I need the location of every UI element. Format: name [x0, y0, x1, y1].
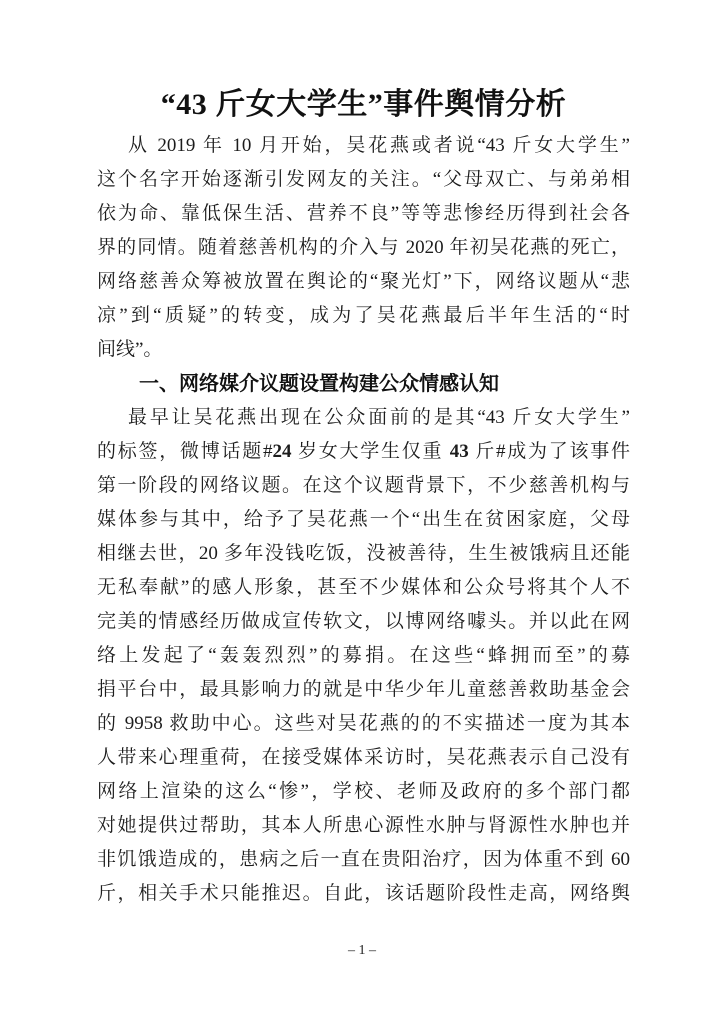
- text-line: 无私奉献”的感人形象，甚至不少媒体和公众号将其个人不: [97, 571, 630, 605]
- text-line: 依为命、靠低保生活、营养不良”等等悲惨经历得到社会各: [97, 197, 630, 231]
- text-line: 相继去世，20 多年没钱吃饭，没被善待，生生被饿病且还能: [97, 537, 630, 571]
- text: 的标签，微博话题#: [97, 441, 273, 462]
- text: 斤#成为了该事件: [469, 441, 630, 462]
- text-line: 非饥饿造成的，患病之后一直在贵阳治疗，因为体重不到 60: [97, 843, 630, 877]
- bold-text: 43: [450, 441, 469, 462]
- bold-text: 24: [273, 441, 292, 462]
- text-line: 最早让吴花燕出现在公众面前的是其“43 斤女大学生”: [97, 401, 630, 435]
- text-line: 的 9958 救助中心。这些对吴花燕的的不实描述一度为其本: [97, 707, 630, 741]
- text-line: 的标签，微博话题#24 岁女大学生仅重 43 斤#成为了该事件: [97, 435, 630, 469]
- text-line: 络上发起了“轰轰烈烈”的募捐。在这些“蜂拥而至”的募: [97, 639, 630, 673]
- text-line: 完美的情感经历做成宣传软文，以博网络噱头。并以此在网: [97, 605, 630, 639]
- text-line: 媒体参与其中，给予了吴花燕一个“出生在贫困家庭，父母: [97, 503, 630, 537]
- text-line: 斤，相关手术只能推迟。自此，该话题阶段性走高，网络舆: [97, 877, 630, 911]
- document-title: “43 斤女大学生”事件舆情分析: [97, 86, 630, 129]
- text-line: 第一阶段的网络议题。在这个议题背景下，不少慈善机构与: [97, 469, 630, 503]
- text-line: 网络慈善众筹被放置在舆论的“聚光灯”下，网络议题从“悲: [97, 265, 630, 299]
- text-line: 间线”。: [97, 333, 630, 367]
- text-line: 网络上渲染的这么“惨”，学校、老师及政府的多个部门都: [97, 775, 630, 809]
- text-line: 人带来心理重荷，在接受媒体采访时，吴花燕表示自己没有: [97, 741, 630, 775]
- text-line: 从 2019 年 10 月开始，吴花燕或者说“43 斤女大学生”: [97, 129, 630, 163]
- section-heading: 一、网络媒介议题设置构建公众情感认知: [97, 367, 630, 401]
- document-body: 从 2019 年 10 月开始，吴花燕或者说“43 斤女大学生”这个名字开始逐渐…: [97, 129, 630, 911]
- page-number: – 1 –: [0, 941, 724, 961]
- text-line: 对她提供过帮助，其本人所患心源性水肿与肾源性水肿也并: [97, 809, 630, 843]
- text-line: 界的同情。随着慈善机构的介入与 2020 年初吴花燕的死亡，: [97, 231, 630, 265]
- text: 岁女大学生仅重: [292, 441, 450, 462]
- text-line: 这个名字开始逐渐引发网友的关注。“父母双亡、与弟弟相: [97, 163, 630, 197]
- page: “43 斤女大学生”事件舆情分析 从 2019 年 10 月开始，吴花燕或者说“…: [0, 0, 724, 1024]
- document-content: “43 斤女大学生”事件舆情分析 从 2019 年 10 月开始，吴花燕或者说“…: [97, 86, 630, 911]
- text-line: 凉”到“质疑”的转变，成为了吴花燕最后半年生活的“时: [97, 299, 630, 333]
- text-line: 捐平台中，最具影响力的就是中华少年儿童慈善救助基金会: [97, 673, 630, 707]
